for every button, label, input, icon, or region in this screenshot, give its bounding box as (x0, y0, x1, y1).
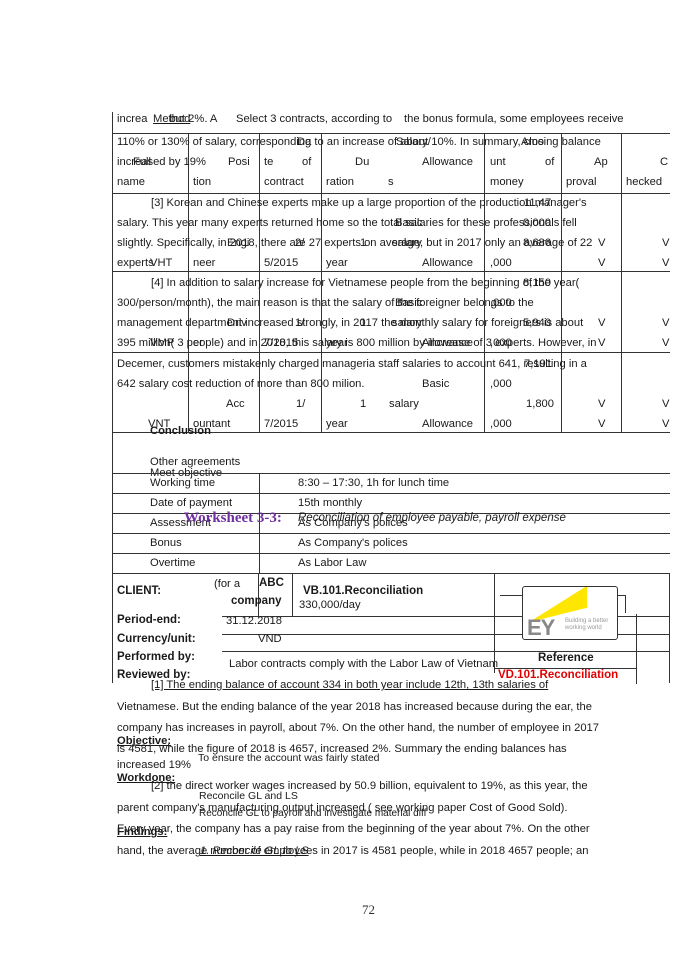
body-line: [3] Korean and Chinese experts make up a… (151, 196, 587, 210)
table-rule (112, 533, 670, 534)
header-divider (292, 573, 293, 617)
body-line: experts (117, 256, 154, 270)
body-line: 642 salary cost reduction of more than 8… (117, 377, 365, 391)
period-label: Period-end: (117, 614, 181, 626)
header-amount-c: money (490, 175, 524, 189)
ey-tagline-line: Building a better (565, 618, 608, 625)
row-vht-approval[interactable]: V (598, 236, 605, 250)
row-vmp-allowance: salary (392, 316, 422, 330)
ey-tagline-line: working world (565, 625, 608, 632)
findings-item: 1. Reconcile GL to LS (200, 844, 309, 858)
row-vmp-date: 7/2015 (264, 336, 298, 350)
row-vmp-allowance: Allowance (422, 336, 473, 350)
header-duration: Du (355, 155, 369, 169)
worksheet-subtitle: Reconciliation of employee payable, payr… (298, 512, 566, 524)
overtime-rate: 330,000/day (299, 598, 361, 612)
body-line: 395 million( 3 people) and in 2018, this… (117, 336, 596, 350)
body-line: salary. This year many experts returned … (117, 216, 577, 230)
row-vht-duration: 1 (360, 236, 366, 250)
body-line: Decemer, customers mistakenly charged ma… (117, 357, 587, 371)
row-vnt-approval[interactable]: V (598, 417, 605, 431)
header-divider (636, 614, 637, 684)
header-border-left (112, 573, 113, 683)
header-date-a: te (264, 155, 273, 169)
logo-connector (500, 595, 522, 596)
workdone-item: Reconcile GL to payroll and investigate … (199, 808, 426, 819)
row-vht-amount: 11,47 (524, 196, 551, 210)
row-vnt-date: 7/2015 (264, 417, 298, 431)
row-vmp-allowance: Basic (395, 296, 422, 310)
body-line: [4] In addition to salary increase for V… (151, 276, 579, 290)
row-vht-allowance: Basic (395, 216, 422, 230)
row-vmp-name: VMP (150, 336, 174, 350)
row-vht-checked[interactable]: V (662, 256, 669, 270)
currency-label: Currency/unit: (117, 633, 196, 645)
body-line: increased by 19% (117, 155, 206, 169)
client-value: ABC (259, 577, 284, 589)
row-vmp-position: er (193, 336, 203, 350)
header-position: Posi (228, 155, 250, 169)
header-position-b: tion (193, 175, 211, 189)
row-vmp-duration: 1 (360, 316, 366, 330)
table-rule (112, 352, 670, 353)
row-vnt-allowance: salary (389, 397, 419, 411)
period-value: 31.12.2018 (226, 614, 282, 628)
header-full: Full (133, 155, 151, 169)
row-vht-date: 2/ (295, 236, 304, 250)
currency-value: VND (258, 632, 282, 646)
agreement-value: 15th monthly (298, 496, 362, 510)
row-vmp-approval[interactable]: V (598, 316, 605, 330)
ey-tagline: Building a better working world (565, 618, 608, 632)
header-name: name (117, 175, 145, 189)
row-vmp-date: 1/ (295, 316, 304, 330)
row-vnt-checked[interactable]: V (662, 397, 669, 411)
conclusion-heading: Conclusion (150, 424, 211, 438)
table-rule (112, 271, 670, 272)
agreement-label: Date of payment (150, 496, 232, 510)
row-vnt-allowance: Basic (422, 377, 449, 391)
agreement-value: As Company's polices (298, 536, 408, 550)
body-line: Vietnamese. But the ending balance of th… (117, 700, 592, 714)
agreement-label: Overtime (150, 556, 195, 570)
header-approval: Ap (594, 155, 608, 169)
overtime-rate-note: (for a (214, 577, 240, 591)
header-border-right (669, 573, 670, 683)
page-number: 72 (362, 902, 375, 918)
row-vnt-allowance: Allowance (422, 417, 473, 431)
header-approval-b: proval (566, 175, 596, 189)
row-vnt-position: Acc (226, 397, 245, 411)
table-border-left (112, 112, 113, 577)
row-vnt-amount: 7,191 (524, 357, 552, 371)
row-vht-approval[interactable]: V (598, 256, 605, 270)
row-vmp-checked[interactable]: V (662, 316, 669, 330)
body-line: 300/person/month), the main reason is th… (117, 296, 534, 310)
body-line: hand, the average number of employees in… (117, 844, 588, 858)
labor-comply-note: Labor contracts comply with the Labor La… (229, 657, 498, 671)
header-amount-a: unt (490, 155, 506, 169)
header-checked-b: hecked (626, 175, 662, 189)
ey-logo-text: EY (527, 615, 554, 640)
header-date: Da (297, 135, 311, 149)
row-vht-position: neer (193, 256, 215, 270)
header-date-c: contract (264, 175, 304, 189)
row-vmp-checked[interactable]: V (662, 336, 669, 350)
body-line: slightly. Specifically, in 2018, there a… (117, 236, 592, 250)
row-vht-allowance: salary (392, 236, 422, 250)
objective-text: To ensure the account was fairly stated (198, 752, 380, 764)
client-label: CLIENT: (117, 585, 161, 597)
text-fragment: increa (117, 113, 147, 125)
header-duration-b: ration (326, 175, 354, 189)
header-amount: Amo (521, 135, 544, 149)
row-vnt-duration: 1 (360, 397, 366, 411)
agreement-value: 8:30 – 17:30, 1h for lunch time (298, 476, 449, 490)
row-vnt-checked[interactable]: V (662, 417, 669, 431)
body-line: management department increased strongly… (117, 316, 583, 330)
row-vht-date: 5/2015 (264, 256, 298, 270)
reference-label: Reference (538, 652, 594, 664)
body-line: the bonus formula, some employees receiv… (404, 112, 624, 126)
text-fragment: Method (153, 113, 190, 125)
row-vht-amount: 0,000 (523, 216, 551, 230)
document-title: VB.101.Reconciliation (303, 585, 423, 597)
performed-by-label: Performed by: (117, 651, 195, 663)
row-vmp-duration: year (326, 336, 348, 350)
agreement-value: As Labor Law (298, 556, 366, 570)
body-line: [1] The ending balance of account 334 in… (151, 678, 548, 692)
row-vmp-amount: 5,940 (523, 316, 551, 330)
header-select-contracts: Select 3 contracts, according to (236, 112, 392, 126)
header-salary: Salary/ (396, 135, 431, 149)
worksheet-title: Worksheet 3-3: (184, 510, 282, 527)
row-vht-checked[interactable]: V (662, 236, 669, 250)
table-rule (112, 553, 670, 554)
row-vnt-approval[interactable]: V (598, 397, 605, 411)
header-rule (260, 573, 495, 574)
ey-logo: EY Building a better working world (522, 586, 618, 640)
row-vht-duration: year (326, 256, 348, 270)
row-vnt-amount: 1,800 (526, 397, 554, 411)
body-line: increased 19% (117, 758, 191, 772)
client-value: company (231, 595, 282, 607)
row-vht-name: VHT (150, 256, 172, 270)
table-rule (112, 493, 670, 494)
table-rule (112, 133, 670, 134)
row-vht-allowance: Allowance (422, 256, 473, 270)
header-allowance-b: s (388, 175, 394, 189)
row-vmp-amount: 8,150 (523, 276, 551, 290)
row-vht-amount: 8,686 (523, 236, 551, 250)
row-vnt-date: 1/ (296, 397, 305, 411)
row-vmp-position: Driv (227, 316, 247, 330)
row-vht-position: Engi (227, 236, 249, 250)
header-date-b: of (302, 155, 311, 169)
row-vmp-approval[interactable]: V (598, 336, 605, 350)
row-vnt-amount: ,000 (490, 417, 512, 431)
row-vnt-duration: year (326, 417, 348, 431)
table-rule (112, 193, 670, 194)
body-line: company has increases in payroll, about … (117, 721, 599, 735)
col-divider (621, 133, 622, 432)
agreement-label: Working time (150, 476, 215, 490)
header-allowance: Allowance (422, 155, 473, 169)
body-line: Every year, the company has a pay raise … (117, 822, 590, 836)
row-vht-amount: ,000 (490, 256, 512, 270)
header-amount-b: of (545, 155, 554, 169)
row-vmp-amount: ,000 (490, 296, 512, 310)
objective-label: Objective: (117, 734, 171, 748)
header-method: Method (153, 112, 190, 126)
row-vnt-amount: ,000 (490, 377, 512, 391)
logo-connector (625, 595, 626, 613)
header-checked: C (660, 155, 668, 169)
table-rule (112, 473, 670, 474)
row-vmp-amount: ,000 (490, 336, 512, 350)
agreement-label: Bonus (150, 536, 182, 550)
